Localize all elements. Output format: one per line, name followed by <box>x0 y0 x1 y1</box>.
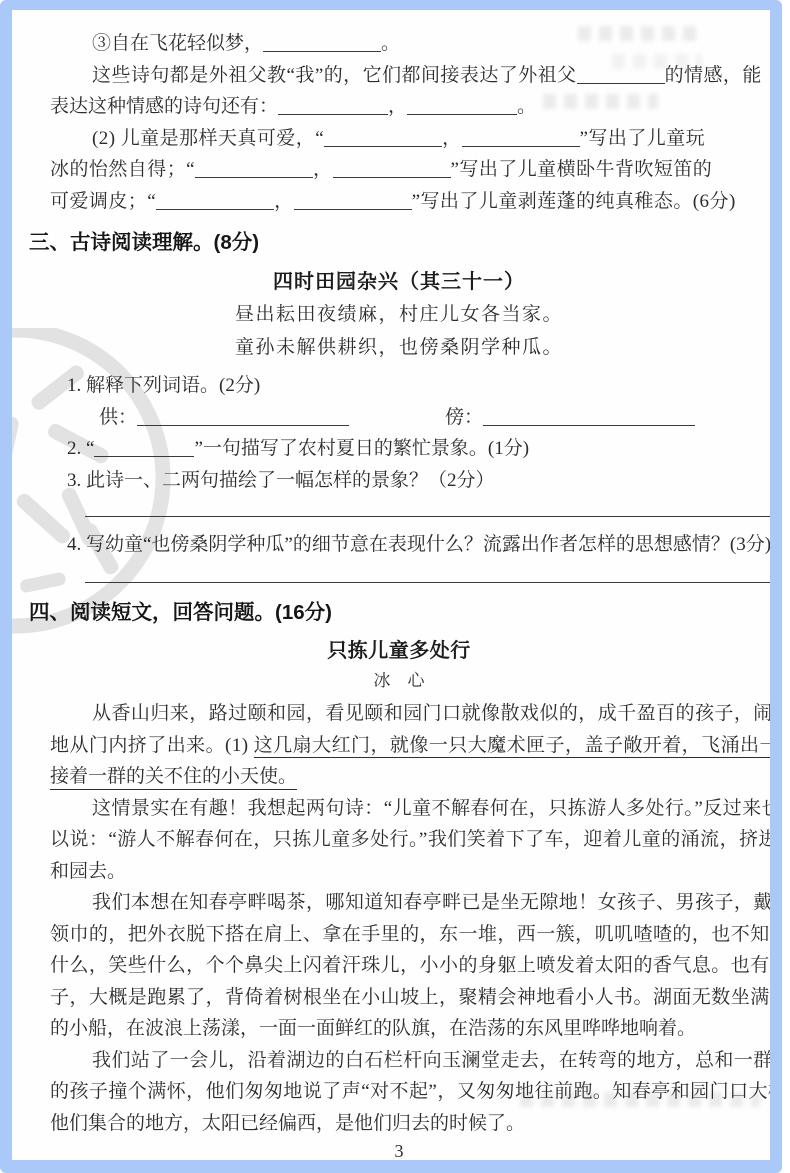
essay-text-line: 以说：“游人不解春何在，只拣儿童多处行。”我们笑着下了车，迎着儿童的涌流，挤进颐 <box>50 824 769 856</box>
text-segment: 从香山归来，路过颐和园，看见颐和园门口就像散戏似的，成千盈百的孩子，闹嚷嚷 <box>92 703 770 724</box>
text-segment: 的小船，在波浪上荡漾，一面一面鲜红的队旗，在浩荡的东风里哗哗地响着。 <box>50 1018 696 1039</box>
text-segment: 我们本想在知春亭畔喝茶，哪知道知春亭畔已是坐无隙地！女孩子、男孩子，戴着红 <box>92 892 770 913</box>
essay-text-line: 接着一群的关不住的小天使。 <box>50 761 769 793</box>
text-segment: 2. “ <box>67 438 94 459</box>
question-1: 1. 解释下列词语。(2分) <box>67 370 769 402</box>
fill-in-blank <box>94 442 194 457</box>
essay-paragraph-3: 我们本想在知春亭畔喝茶，哪知道知春亭畔已是坐无隙地！女孩子、男孩子，戴着红领巾的… <box>50 887 769 1045</box>
poem-line-2: 童孙未解供耕织，也傍桑阴学种瓜。 <box>29 331 769 364</box>
question-2: 2. “”一句描写了农村夏日的繁忙景象。(1分) <box>67 433 769 465</box>
text-segment: ”一句描写了农村夏日的繁忙景象。(1分) <box>194 438 529 459</box>
fill-in-blank <box>483 411 695 426</box>
text-segment: 和园去。 <box>50 861 126 882</box>
text-segment: (2) 儿童是那样天真可爱，“ <box>92 128 324 149</box>
fill-in-blank <box>324 132 442 147</box>
test-paper-page: ③自在飞花轻似梦，。这些诗句都是外祖父教“我”的，它们都间接表达了外祖父的情感，… <box>12 10 770 1160</box>
fill-in-blank <box>278 100 388 115</box>
question-fill-line: ③自在飞花轻似梦，。 <box>50 28 769 60</box>
fill-in-blank <box>294 195 412 210</box>
definition-blank-line: 供：傍： <box>99 402 769 434</box>
question-3: 3. 此诗一、二两句描绘了一幅怎样的景象？（2分） <box>67 465 769 497</box>
essay-text-line: 从香山归来，路过颐和园，看见颐和园门口就像散戏似的，成千盈百的孩子，闹嚷嚷 <box>50 698 769 730</box>
text-segment: 什么，笑些什么，个个鼻尖上闪着汗珠儿，小小的身躯上喷发着太阳的香气息。也有些孩 <box>50 955 770 976</box>
essay-text-line: 和园去。 <box>50 856 769 888</box>
text-segment: 供： <box>99 407 137 428</box>
section4-heading: 四、阅读短文，回答问题。(16分) <box>29 597 769 629</box>
text-segment: 冰的怡然自得；“ <box>50 159 195 180</box>
text-segment: ③自在飞花轻似梦， <box>92 33 263 54</box>
question-2-line: 2. “”一句描写了农村夏日的繁忙景象。(1分) <box>67 433 769 465</box>
section3-heading: 三、古诗阅读理解。(8分) <box>29 227 769 259</box>
underlined-text: 这几扇大红门，就像一只大魔术匣子，盖子敞开着，飞涌出一群 <box>254 735 770 759</box>
text-segment: 他们集合的地方，太阳已经偏西，是他们归去的时候了。 <box>50 1113 525 1134</box>
fill-in-blank <box>137 411 349 426</box>
question-4: 4. 写幼童“也傍桑阴学种瓜”的细节意在表现什么？流露出作者怎样的思想感情？(3… <box>67 529 769 561</box>
question-fill-line: 冰的怡然自得；“，”写出了儿童横卧牛背吹短笛的 <box>50 154 769 186</box>
text-segment: 子，大概是跑累了，背倚着树根坐在小山坡上，聚精会神地看小人书。湖面无数坐满儿童 <box>50 987 770 1008</box>
question-fill-line: 可爱调皮；“，”写出了儿童剥莲蓬的纯真稚态。(6分) <box>50 186 769 218</box>
text-segment: 可爱调皮；“ <box>50 191 156 212</box>
essay-title: 只拣儿童多处行 <box>29 636 769 668</box>
essay-paragraph-1: 从香山归来，路过颐和园，看见颐和园门口就像散戏似的，成千盈百的孩子，闹嚷嚷地从门… <box>50 698 769 793</box>
poem-line-1: 昼出耘田夜绩麻，村庄儿女各当家。 <box>29 298 769 331</box>
essay-text-line: 我们站了一会儿，沿着湖边的白石栏杆向玉澜堂走去，在转弯的地方，总和一群一群 <box>50 1045 769 1077</box>
text-segment: ”写出了儿童横卧牛背吹短笛的 <box>451 159 713 180</box>
text-segment: 以说：“游人不解春何在，只拣儿童多处行。”我们笑着下了车，迎着儿童的涌流，挤进颐 <box>50 829 770 850</box>
fill-in-blank <box>577 69 665 84</box>
text-segment: 的孩子撞个满怀，他们匆匆地说了声“对不起”，又匆匆地往前跑。知春亭和园门口大概是 <box>50 1081 770 1102</box>
question-fill-line: 表达这种情感的诗句还有：，。 <box>50 91 769 123</box>
text-segment: ， <box>274 191 293 212</box>
poem-title: 四时田园杂兴（其三十一） <box>29 266 769 298</box>
question-1-blank-line: 供：傍： <box>99 402 769 434</box>
essay-paragraph-2: 这情景实在有趣！我想起两句诗：“儿童不解春何在，只拣游人多处行。”反过来也可以说… <box>50 793 769 888</box>
text-segment: 。 <box>517 96 536 117</box>
text-segment: 这情景实在有趣！我想起两句诗：“儿童不解春何在，只拣游人多处行。”反过来也可 <box>92 798 770 819</box>
text-segment: 地从门内挤了出来。(1) <box>50 735 254 756</box>
answer-line <box>85 516 770 517</box>
essay-text-line: 的孩子撞个满怀，他们匆匆地说了声“对不起”，又匆匆地往前跑。知春亭和园门口大概是 <box>50 1076 769 1108</box>
question-fill-line: (2) 儿童是那样天真可爱，“，”写出了儿童玩 <box>50 123 769 155</box>
text-segment: ”写出了儿童剥莲蓬的纯真稚态。(6分) <box>412 191 736 212</box>
text-segment: 。 <box>381 33 400 54</box>
essay-text-line: 我们本想在知春亭畔喝茶，哪知道知春亭畔已是坐无隙地！女孩子、男孩子，戴着红 <box>50 887 769 919</box>
text-segment: 表达这种情感的诗句还有： <box>50 96 278 117</box>
fill-in-blank <box>263 37 381 52</box>
page-content: ③自在飞花轻似梦，。这些诗句都是外祖父教“我”的，它们都间接表达了外祖父的情感，… <box>29 28 769 1160</box>
spacer <box>349 421 445 423</box>
fill-in-blank <box>195 163 313 178</box>
text-segment: 我们站了一会儿，沿着湖边的白石栏杆向玉澜堂走去，在转弯的地方，总和一群一群 <box>92 1050 770 1071</box>
page-number: 3 <box>29 1141 769 1160</box>
fill-in-blank <box>333 163 451 178</box>
text-segment: 这些诗句都是外祖父教“我”的，它们都间接表达了外祖父 <box>92 65 577 86</box>
essay-text-line: 什么，笑些什么，个个鼻尖上闪着汗珠儿，小小的身躯上喷发着太阳的香气息。也有些孩 <box>50 950 769 982</box>
underlined-text: 接着一群的关不住的小天使。 <box>50 766 297 790</box>
fill-in-blank <box>407 100 517 115</box>
essay-text-line: 他们集合的地方，太阳已经偏西，是他们归去的时候了。 <box>50 1108 769 1140</box>
essay-text-line: 地从门内挤了出来。(1) 这几扇大红门，就像一只大魔术匣子，盖子敞开着，飞涌出一… <box>50 730 769 762</box>
essay-text-line: 这情景实在有趣！我想起两句诗：“儿童不解春何在，只拣游人多处行。”反过来也可 <box>50 793 769 825</box>
essay-paragraph-4: 我们站了一会儿，沿着湖边的白石栏杆向玉澜堂走去，在转弯的地方，总和一群一群的孩子… <box>50 1045 769 1140</box>
question-fill-line: 这些诗句都是外祖父教“我”的，它们都间接表达了外祖父的情感，能 <box>50 60 769 92</box>
text-segment: 的情感，能 <box>665 65 762 86</box>
essay-author: 冰 心 <box>29 667 769 695</box>
text-segment: 领巾的，把外衣脱下搭在肩上、拿在手里的，东一堆，西一簇，叽叽喳喳的，也不知说些 <box>50 924 770 945</box>
text-segment: ， <box>388 96 407 117</box>
text-segment: ， <box>313 159 332 180</box>
answer-line <box>85 582 770 583</box>
text-segment: ， <box>442 128 461 149</box>
top-question-block: ③自在飞花轻似梦，。这些诗句都是外祖父教“我”的，它们都间接表达了外祖父的情感，… <box>50 28 769 217</box>
essay-text-line: 子，大概是跑累了，背倚着树根坐在小山坡上，聚精会神地看小人书。湖面无数坐满儿童 <box>50 982 769 1014</box>
text-segment: ”写出了儿童玩 <box>580 128 706 149</box>
text-segment: 傍： <box>445 407 483 428</box>
fill-in-blank <box>462 132 580 147</box>
essay-text-line: 领巾的，把外衣脱下搭在肩上、拿在手里的，东一堆，西一簇，叽叽喳喳的，也不知说些 <box>50 919 769 951</box>
essay-text-line: 的小船，在波浪上荡漾，一面一面鲜红的队旗，在浩荡的东风里哗哗地响着。 <box>50 1013 769 1045</box>
fill-in-blank <box>156 195 274 210</box>
